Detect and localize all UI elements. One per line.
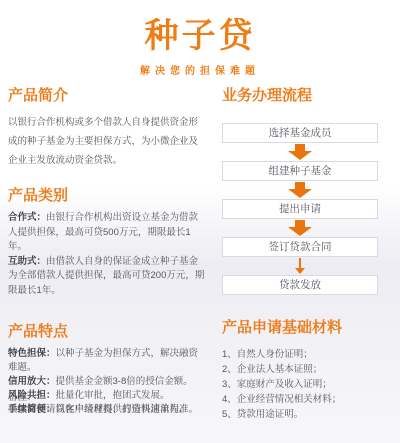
feature-item-desc: 提供基金金额3-8倍的授信金额。 — [56, 376, 193, 387]
down-arrow-thin-icon — [295, 258, 305, 274]
arrow-stem — [295, 182, 305, 189]
down-arrow-icon — [288, 144, 312, 160]
feature-item-label: 信用放大： — [8, 376, 56, 387]
materials-list-item: 5、贷款用途证明。 — [222, 407, 394, 422]
logo-title: 种子贷 — [0, 8, 400, 57]
category-item: 合作式：由银行合作机构出资设立基金为借款人提供担保，最高可贷500万元，期限最长… — [8, 211, 206, 255]
arrow-stem — [295, 220, 305, 227]
materials-list-item: 3、家庭财产及收入证明； — [222, 377, 394, 392]
category-item-label: 合作式： — [8, 212, 46, 223]
process-step-box: 选择基金成员 — [222, 123, 378, 143]
application-materials-heading: 产品申请基础材料 — [222, 316, 394, 337]
materials-list-item: 1、自然人身份证明； — [222, 347, 394, 362]
seed-loan-page: 种子贷 解决您的担保难题 产品简介 以银行合作机构或多个借款人自身提供资金形成的… — [0, 0, 400, 443]
arrow-stem — [295, 144, 305, 151]
arrow-head — [288, 189, 312, 198]
category-item-label: 互助式： — [8, 256, 46, 267]
note-body: 具体材料请以客户经理提供的资料清单为准。 — [8, 404, 228, 416]
arrow-stem — [299, 258, 301, 268]
section-product-intro: 产品简介 以银行合作机构或多个借款人自身提供资金形成的种子基金为主要担保方式，为… — [8, 84, 206, 170]
arrow-head — [288, 151, 312, 160]
process-step-box: 提出申请 — [222, 199, 378, 219]
note-label: 备注： — [8, 392, 228, 404]
materials-list-item: 4、企业经营情况相关材料； — [222, 392, 394, 407]
down-arrow-icon — [288, 182, 312, 198]
product-features-heading: 产品特点 — [8, 320, 206, 341]
product-intro-heading: 产品简介 — [8, 84, 206, 105]
down-arrow-icon — [288, 220, 312, 236]
logo-subtitle: 解决您的担保难题 — [0, 62, 400, 77]
product-intro-body: 以银行合作机构或多个借款人自身提供资金形成的种子基金为主要担保方式，为小微企业及… — [8, 113, 206, 170]
feature-item: 信用放大：提供基金金额3-8倍的授信金额。 — [8, 375, 206, 389]
section-product-category: 产品类别 合作式：由银行合作机构出资设立基金为借款人提供担保，最高可贷500万元… — [8, 184, 206, 298]
left-column: 产品简介 以银行合作机构或多个借款人自身提供资金形成的种子基金为主要担保方式，为… — [8, 84, 206, 417]
process-step-box: 贷款发放 — [222, 275, 378, 295]
process-flow-heading: 业务办理流程 — [222, 84, 378, 105]
note: 备注： 具体材料请以客户经理提供的资料清单为准。 — [8, 392, 228, 415]
process-step-box: 组建种子基金 — [222, 161, 378, 181]
feature-item: 特色担保：以种子基金为担保方式，解决融资难题。 — [8, 347, 206, 375]
process-step-box: 签订贷款合同 — [222, 237, 378, 257]
category-item: 互助式：由借款人自身的保证金成立种子基金为全部借款人提供担保，最高可贷200万元… — [8, 255, 206, 299]
materials-list-item: 2、企业法人基本证照； — [222, 362, 394, 377]
product-category-heading: 产品类别 — [8, 184, 206, 205]
section-process-flow: 业务办理流程 选择基金成员 组建种子基金 提出申请 签订贷款合同 — [222, 84, 378, 295]
materials-list: 1、自然人身份证明； 2、企业法人基本证照； 3、家庭财产及收入证明； 4、企业… — [222, 347, 394, 422]
logo: 种子贷 解决您的担保难题 — [0, 8, 400, 77]
feature-item-label: 特色担保： — [8, 348, 56, 359]
arrow-head — [288, 227, 312, 236]
arrow-head — [295, 268, 305, 274]
section-application-materials: 产品申请基础材料 1、自然人身份证明； 2、企业法人基本证照； 3、家庭财产及收… — [222, 316, 394, 422]
process-flowchart: 选择基金成员 组建种子基金 提出申请 签订贷款合同 贷款发放 — [222, 123, 378, 295]
